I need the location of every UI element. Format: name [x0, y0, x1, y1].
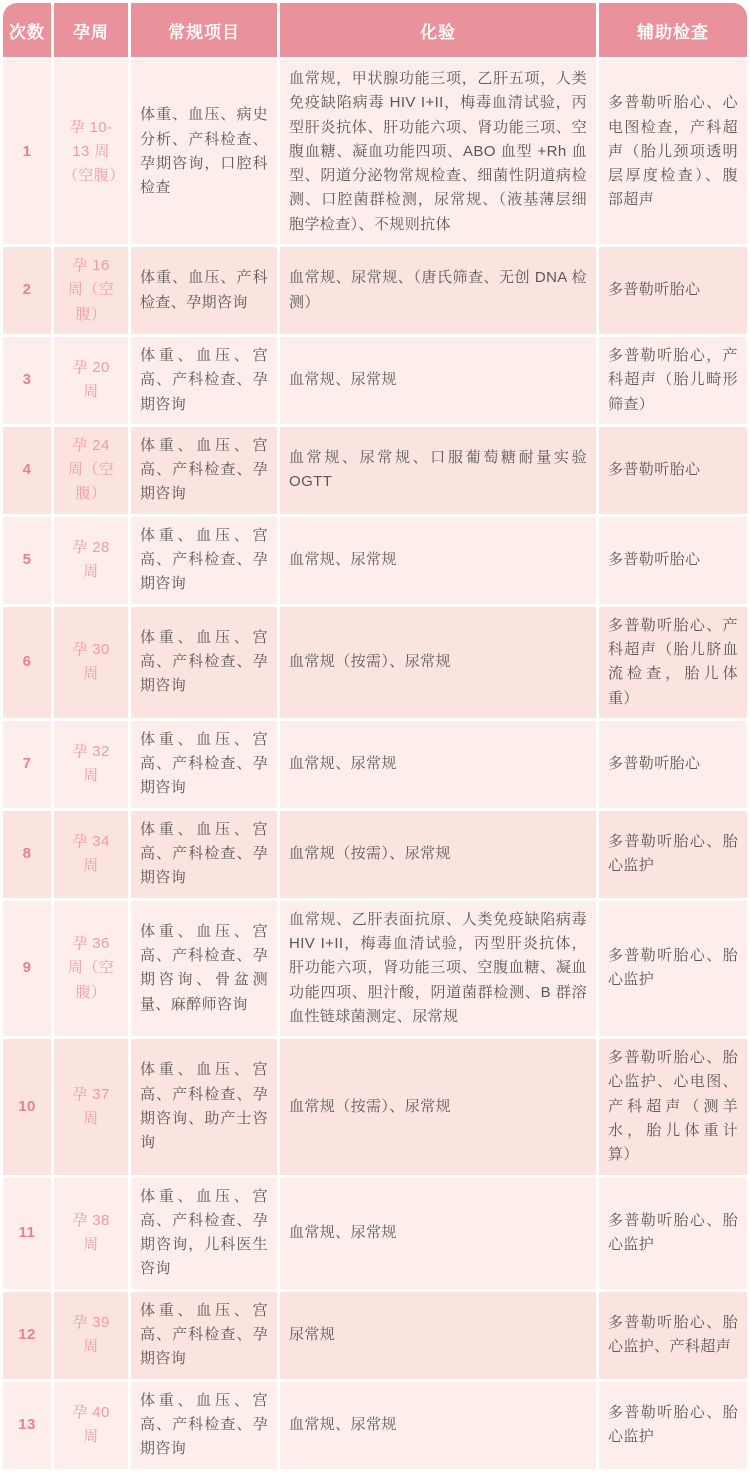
cell-week: 孕 28 周 [54, 517, 128, 604]
cell-week: 孕 38 周 [54, 1178, 128, 1289]
cell-count: 9 [3, 901, 51, 1036]
cell-routine: 体重、血压、病史分析、产科检查、孕期咨询，口腔科检查 [131, 60, 277, 244]
cell-lab: 血常规（按需）、尿常规 [280, 1039, 596, 1174]
cell-count: 2 [3, 247, 51, 334]
cell-lab: 血常规、乙肝表面抗原、人类免疫缺陷病毒 HIV I+II，梅毒血清试验，丙型肝炎… [280, 901, 596, 1036]
cell-routine: 体重、血压、宫高、产科检查、孕期咨询 [131, 721, 277, 808]
header-row: 次数 孕周 常规项目 化验 辅助检查 [3, 3, 747, 57]
cell-count: 7 [3, 721, 51, 808]
cell-week: 孕 10-13 周（空腹） [54, 60, 128, 244]
cell-routine: 体重、血压、宫高、产科检查、孕期咨询 [131, 607, 277, 718]
cell-auxiliary: 多普勒听胎心、胎心监护 [599, 811, 747, 898]
col-header-auxiliary: 辅助检查 [599, 3, 747, 57]
cell-count: 4 [3, 427, 51, 514]
cell-auxiliary: 多普勒听胎心，产科超声（胎儿畸形筛查） [599, 337, 747, 424]
cell-count: 12 [3, 1292, 51, 1379]
cell-count: 11 [3, 1178, 51, 1289]
cell-auxiliary: 多普勒听胎心 [599, 427, 747, 514]
cell-auxiliary: 多普勒听胎心、胎心监护 [599, 1178, 747, 1289]
table-row: 8 孕 34 周 体重、血压、宫高、产科检查、孕期咨询 血常规（按需）、尿常规 … [3, 811, 747, 898]
cell-routine: 体重、血压、宫高、产科检查、孕期咨询 [131, 337, 277, 424]
col-header-lab: 化验 [280, 3, 596, 57]
cell-lab: 血常规，甲状腺功能三项，乙肝五项，人类免疫缺陷病毒 HIV I+II，梅毒血清试… [280, 60, 596, 244]
cell-lab: 血常规（按需）、尿常规 [280, 607, 596, 718]
cell-week: 孕 39 周 [54, 1292, 128, 1379]
cell-week: 孕 37 周 [54, 1039, 128, 1174]
table-row: 9 孕 36 周（空腹） 体重、血压、宫高、产科检查、孕期咨询、骨盆测量、麻醉师… [3, 901, 747, 1036]
cell-week: 孕 16 周（空腹） [54, 247, 128, 334]
cell-routine: 体重、血压、宫高、产科检查、孕期咨询、助产士咨询 [131, 1039, 277, 1174]
cell-auxiliary: 多普勒听胎心 [599, 247, 747, 334]
cell-week: 孕 40 周 [54, 1382, 128, 1469]
cell-lab: 血常规（按需）、尿常规 [280, 811, 596, 898]
cell-lab: 血常规、尿常规 [280, 337, 596, 424]
table-row: 6 孕 30 周 体重、血压、宫高、产科检查、孕期咨询 血常规（按需）、尿常规 … [3, 607, 747, 718]
cell-week: 孕 30 周 [54, 607, 128, 718]
cell-auxiliary: 多普勒听胎心、产科超声（胎儿脐血流检查，胎儿体重） [599, 607, 747, 718]
table-row: 7 孕 32 周 体重、血压、宫高、产科检查、孕期咨询 血常规、尿常规 多普勒听… [3, 721, 747, 808]
cell-week: 孕 36 周（空腹） [54, 901, 128, 1036]
cell-auxiliary: 多普勒听胎心、胎心监护、产科超声 [599, 1292, 747, 1379]
cell-count: 5 [3, 517, 51, 604]
cell-auxiliary: 多普勒听胎心、心电图检查，产科超声（胎儿颈项透明层厚度检查）、腹部超声 [599, 60, 747, 244]
cell-routine: 体重、血压、宫高、产科检查、孕期咨询 [131, 517, 277, 604]
cell-count: 13 [3, 1382, 51, 1469]
col-header-routine: 常规项目 [131, 3, 277, 57]
cell-lab: 血常规、尿常规、（唐氏筛查、无创 DNA 检测） [280, 247, 596, 334]
cell-week: 孕 34 周 [54, 811, 128, 898]
cell-routine: 体重、血压、宫高、产科检查、孕期咨询，儿科医生咨询 [131, 1178, 277, 1289]
cell-lab: 血常规、尿常规 [280, 721, 596, 808]
cell-lab: 血常规、尿常规 [280, 1382, 596, 1469]
table-row: 10 孕 37 周 体重、血压、宫高、产科检查、孕期咨询、助产士咨询 血常规（按… [3, 1039, 747, 1174]
table-row: 5 孕 28 周 体重、血压、宫高、产科检查、孕期咨询 血常规、尿常规 多普勒听… [3, 517, 747, 604]
cell-auxiliary: 多普勒听胎心、胎心监护 [599, 901, 747, 1036]
cell-week: 孕 20 周 [54, 337, 128, 424]
cell-lab: 血常规、尿常规、口服葡萄糖耐量实验 OGTT [280, 427, 596, 514]
cell-routine: 体重、血压、宫高、产科检查、孕期咨询 [131, 811, 277, 898]
cell-week: 孕 24 周（空腹） [54, 427, 128, 514]
table-row: 12 孕 39 周 体重、血压、宫高、产科检查、孕期咨询 尿常规 多普勒听胎心、… [3, 1292, 747, 1379]
col-header-count: 次数 [3, 3, 51, 57]
table-row: 3 孕 20 周 体重、血压、宫高、产科检查、孕期咨询 血常规、尿常规 多普勒听… [3, 337, 747, 424]
cell-count: 3 [3, 337, 51, 424]
cell-lab: 血常规、尿常规 [280, 1178, 596, 1289]
cell-routine: 体重、血压、宫高、产科检查、孕期咨询 [131, 1292, 277, 1379]
cell-routine: 体重、血压、宫高、产科检查、孕期咨询 [131, 427, 277, 514]
cell-week: 孕 32 周 [54, 721, 128, 808]
col-header-week: 孕周 [54, 3, 128, 57]
cell-count: 8 [3, 811, 51, 898]
table-row: 4 孕 24 周（空腹） 体重、血压、宫高、产科检查、孕期咨询 血常规、尿常规、… [3, 427, 747, 514]
cell-auxiliary: 多普勒听胎心、胎心监护 [599, 1382, 747, 1469]
cell-count: 10 [3, 1039, 51, 1174]
cell-routine: 体重、血压、产科检查、孕期咨询 [131, 247, 277, 334]
cell-routine: 体重、血压、宫高、产科检查、孕期咨询、骨盆测量、麻醉师咨询 [131, 901, 277, 1036]
prenatal-checkup-schedule-table: 次数 孕周 常规项目 化验 辅助检查 1 孕 10-13 周（空腹） 体重、血压… [0, 0, 750, 1472]
cell-auxiliary: 多普勒听胎心、胎心监护、心电图、产科超声（测羊水，胎儿体重计算） [599, 1039, 747, 1174]
table-row: 11 孕 38 周 体重、血压、宫高、产科检查、孕期咨询，儿科医生咨询 血常规、… [3, 1178, 747, 1289]
cell-lab: 血常规、尿常规 [280, 517, 596, 604]
table-row: 13 孕 40 周 体重、血压、宫高、产科检查、孕期咨询 血常规、尿常规 多普勒… [3, 1382, 747, 1469]
cell-lab: 尿常规 [280, 1292, 596, 1379]
cell-auxiliary: 多普勒听胎心 [599, 517, 747, 604]
table-row: 2 孕 16 周（空腹） 体重、血压、产科检查、孕期咨询 血常规、尿常规、（唐氏… [3, 247, 747, 334]
cell-count: 1 [3, 60, 51, 244]
cell-auxiliary: 多普勒听胎心 [599, 721, 747, 808]
cell-routine: 体重、血压、宫高、产科检查、孕期咨询 [131, 1382, 277, 1469]
cell-count: 6 [3, 607, 51, 718]
table-row: 1 孕 10-13 周（空腹） 体重、血压、病史分析、产科检查、孕期咨询，口腔科… [3, 60, 747, 244]
